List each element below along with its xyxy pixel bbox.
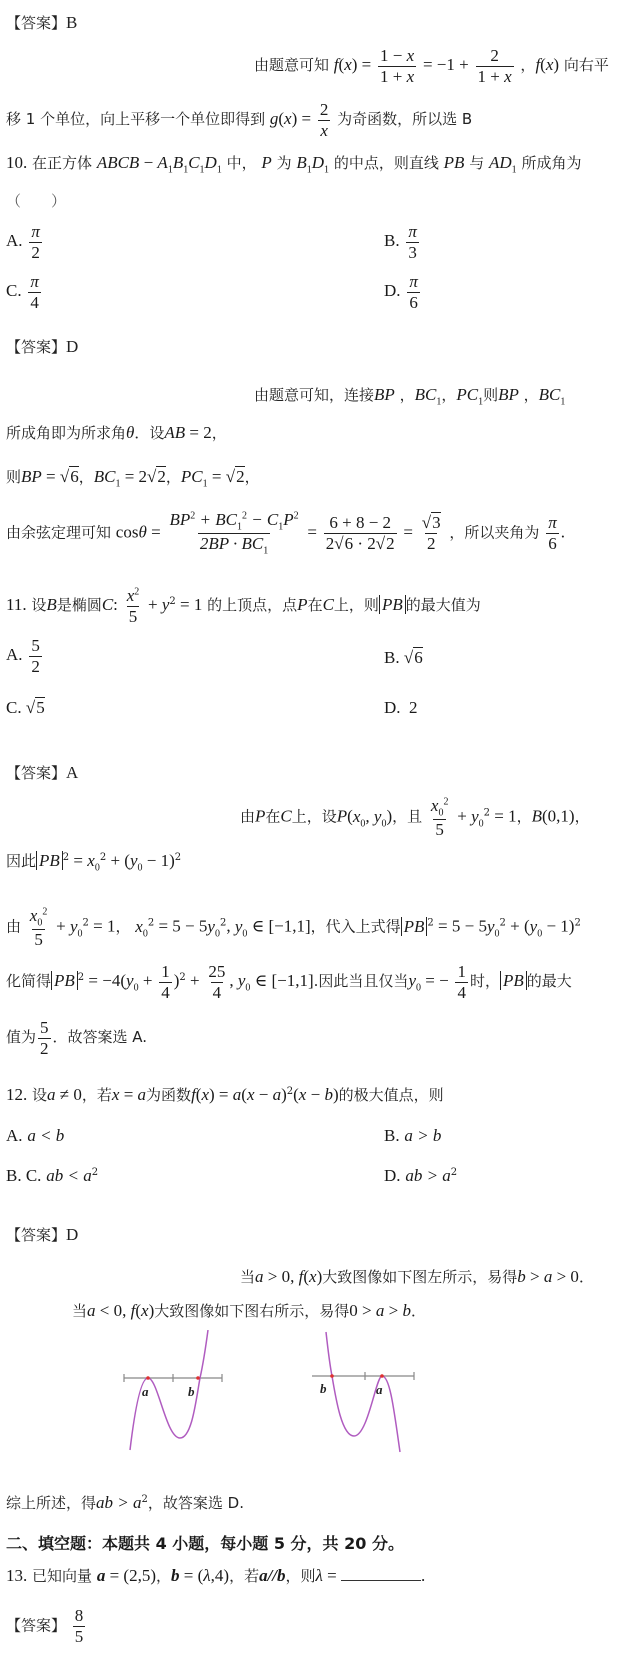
- text: 中，: [227, 154, 257, 172]
- text: 与: [469, 154, 484, 172]
- answer-blank[interactable]: [341, 1566, 421, 1581]
- numerator: π: [407, 272, 420, 292]
- denominator: 5: [73, 1626, 86, 1647]
- option-value: a > b: [404, 1126, 441, 1145]
- numerator: π: [406, 222, 419, 242]
- q11-option-c: C. √5: [6, 698, 45, 718]
- question-number: 12.: [6, 1085, 27, 1104]
- text: 由题意可知: [254, 56, 329, 74]
- q11-option-a: A. 52: [6, 636, 44, 676]
- q12-explain-line1: 当a > 0, f(x)大致图像如下图左所示，易得b > a > 0．: [240, 1268, 594, 1285]
- q12-explain-line2: 当a < 0, f(x)大致图像如下图右所示，易得0 > a > b．: [72, 1302, 426, 1319]
- q10-explain-line4: 由余弦定理可知 cosθ = BP2 + BC12 − C1P22BP · BC…: [6, 510, 565, 557]
- answer-label: 【答案】: [6, 764, 66, 782]
- answer-label: 【答案】: [6, 1617, 66, 1635]
- option-label: C.: [6, 698, 22, 717]
- q10-option-b: B. π3: [384, 222, 421, 262]
- numerator: π: [29, 222, 42, 242]
- option-label: C.: [6, 281, 22, 300]
- text: 在正方体: [32, 154, 92, 172]
- answer-value: A: [66, 763, 78, 782]
- text: ，所以夹角为: [449, 523, 539, 541]
- q11-explain-line1: 由P在C上，设P(x0, y0)，且 x025 + y02 = 1，B(0,1)…: [240, 796, 590, 839]
- q11-explain-line2: 因此PB2 = x02 + (y0 − 1)2: [6, 852, 181, 873]
- text: 所成角为: [521, 154, 581, 172]
- option-value: a < b: [27, 1126, 64, 1145]
- question-number: 10.: [6, 153, 27, 172]
- q10-explain-line3: 则BP = √6，BC1 = 2√2，PC1 = √2，: [6, 468, 260, 489]
- option-label: A.: [6, 645, 23, 664]
- option-label: B.: [384, 231, 400, 250]
- option-label: A.: [6, 231, 23, 250]
- q11-stem: 11. 设B是椭圆C: x25 + y2 = 1 的上顶点，点P在C上，则PB的…: [6, 586, 481, 626]
- text: 已知向量: [32, 1567, 92, 1585]
- q13-stem: 13. 已知向量 a = (2,5)，b = (λ,4)，若a//b，则λ = …: [6, 1566, 425, 1584]
- graph-label: a: [142, 1384, 149, 1399]
- denominator: 6: [407, 292, 420, 313]
- option-label: B.: [384, 1126, 400, 1145]
- option-label: B.: [384, 648, 400, 667]
- math: PB: [444, 153, 465, 172]
- q10-explain-line1: 由题意可知，连接BP ，BC1，PC1则BP ，BC1: [254, 386, 565, 407]
- q12-stem: 12. 设a ≠ 0，若x = a为函数f(x) = a(x − a)2(x −…: [6, 1086, 444, 1103]
- text: 为奇函数，所以选 B: [337, 110, 472, 128]
- graph-label: b: [320, 1381, 327, 1396]
- q11-answer: 【答案】A: [6, 764, 78, 781]
- answer-value: D: [66, 1225, 78, 1244]
- text: 移 1 个单位，向上平移一个单位即得到: [6, 110, 265, 128]
- denominator: 3: [406, 242, 419, 263]
- q11-explain-line4: 化简得PB2 = −4(y0 + 14)2 + 254, y0 ∈ [−1,1]…: [6, 962, 572, 1002]
- graph-label: a: [376, 1382, 383, 1397]
- q12-option-c: B. C. ab < a2: [6, 1166, 98, 1186]
- graph-label: b: [188, 1384, 195, 1399]
- graph-left: a b: [118, 1330, 228, 1460]
- answer-label: 【答案】: [6, 338, 66, 356]
- q9-explain-line2: 移 1 个单位，向上平移一个单位即得到 g(x) = 2x 为奇函数，所以选 B: [6, 100, 472, 140]
- math: P: [261, 153, 271, 172]
- q9-answer: 【答案】B: [6, 14, 77, 31]
- option-label: B. C.: [6, 1166, 41, 1185]
- text: 由余弦定理可知: [6, 523, 111, 541]
- q11-option-b: B. √6: [384, 648, 423, 668]
- q10-option-d: D. π6: [384, 272, 422, 312]
- q9-explain-line1: 由题意可知 f(x) = 1 − x1 + x = −1 + 21 + x ，f…: [254, 46, 609, 86]
- q12-conclusion: 综上所述，得ab > a2，故答案选 D.: [6, 1494, 244, 1511]
- q10-stem: 10. 在正方体 ABCB − A1B1C1D1 中， P 为 B1D1 的中点…: [6, 154, 581, 175]
- text: 为: [277, 154, 292, 172]
- option-label: A.: [6, 1126, 23, 1145]
- option-label: D.: [384, 1166, 401, 1185]
- denominator: 4: [28, 292, 41, 313]
- numerator: 8: [73, 1606, 86, 1626]
- numerator: π: [28, 272, 41, 292]
- q10-option-a: A. π2: [6, 222, 44, 262]
- option-value: 2: [409, 698, 418, 717]
- q12-option-a: A. a < b: [6, 1126, 64, 1146]
- q12-option-d: D. ab > a2: [384, 1166, 457, 1186]
- q13-answer: 【答案】 85: [6, 1606, 87, 1646]
- q10-option-c: C. π4: [6, 272, 43, 312]
- text: 的中点，则直线: [334, 154, 439, 172]
- q11-explain-line3: 由 x025 + y02 = 1， x02 = 5 − 5y02, y0 ∈ […: [6, 906, 581, 949]
- option-label: D.: [384, 698, 401, 717]
- question-number: 13.: [6, 1566, 27, 1585]
- q10-answer: 【答案】D: [6, 338, 78, 355]
- answer-label: 【答案】: [6, 1226, 66, 1244]
- q10-explain-line2: 所成角即为所求角θ．设AB = 2，: [6, 424, 227, 441]
- q10-blank-parens: （ ）: [6, 194, 66, 209]
- denominator: 2: [29, 242, 42, 263]
- q12-answer: 【答案】D: [6, 1226, 78, 1243]
- q12-option-b: B. a > b: [384, 1126, 441, 1146]
- q11-explain-line5: 值为52．故答案选 A.: [6, 1018, 147, 1058]
- answer-label: 【答案】: [6, 14, 66, 32]
- q11-option-d: D. 2: [384, 698, 418, 718]
- question-number: 11.: [6, 595, 27, 614]
- option-label: D.: [384, 281, 401, 300]
- answer-value: B: [66, 13, 77, 32]
- graph-right: b a: [310, 1330, 420, 1460]
- answer-value: D: [66, 337, 78, 356]
- section-title: 二、填空题：本题共 4 小题，每小题 5 分，共 20 分。: [6, 1536, 404, 1552]
